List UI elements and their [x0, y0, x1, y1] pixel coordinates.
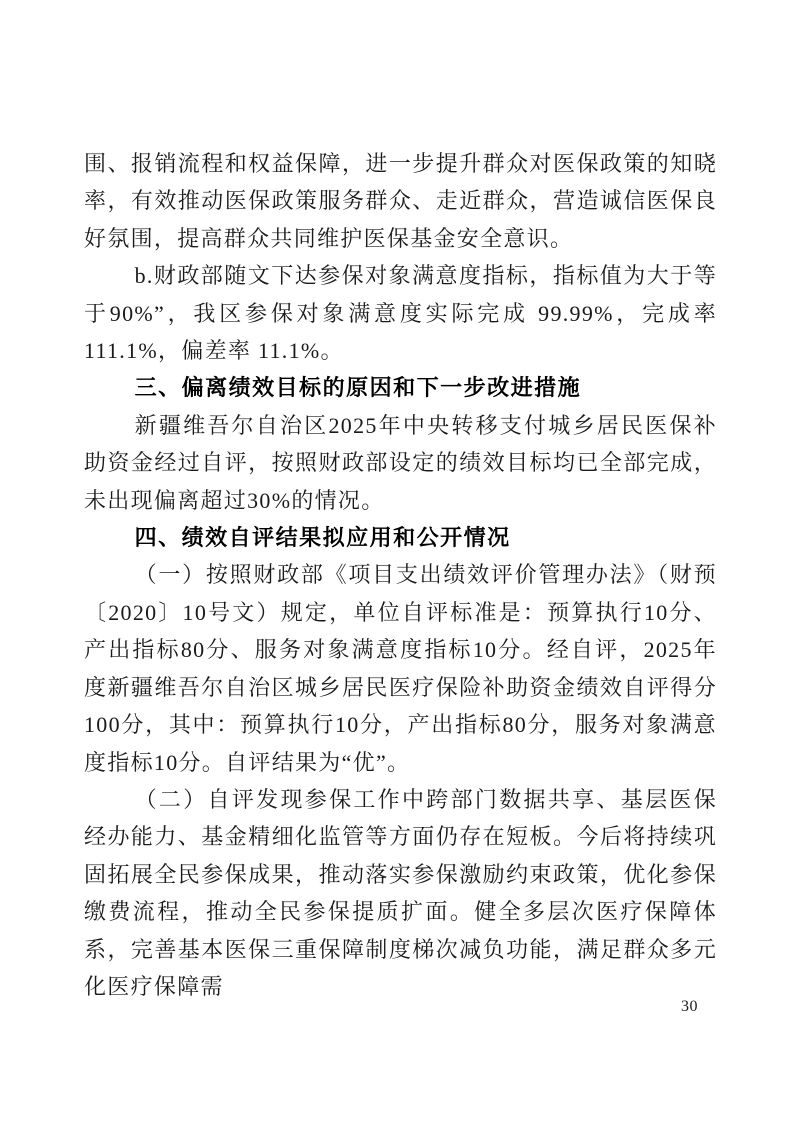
- section-heading-4: 四、绩效自评结果拟应用和公开情况: [84, 519, 717, 556]
- paragraph-continuation: 围、报销流程和权益保障，进一步提升群众对医保政策的知晓率，有效推动医保政策服务群…: [84, 145, 717, 257]
- document-page: 围、报销流程和权益保障，进一步提升群众对医保政策的知晓率，有效推动医保政策服务群…: [0, 0, 793, 1122]
- page-number: 30: [681, 998, 698, 1016]
- paragraph-self-evaluation-score: （一）按照财政部《项目支出绩效评价管理办法》（财预〔2020〕10号文）规定，单…: [84, 556, 717, 780]
- document-body: 围、报销流程和权益保障，进一步提升群众对医保政策的知晓率，有效推动医保政策服务群…: [84, 145, 717, 1005]
- paragraph-satisfaction-indicator: b.财政部随文下达参保对象满意度指标，指标值为大于等于90%”，我区参保对象满意…: [84, 257, 717, 369]
- paragraph-deviation-statement: 新疆维吾尔自治区2025年中央转移支付城乡居民医保补助资金经过自评，按照财政部设…: [84, 407, 717, 519]
- section-heading-3: 三、偏离绩效目标的原因和下一步改进措施: [84, 369, 717, 406]
- paragraph-shortcomings-and-measures: （二）自评发现参保工作中跨部门数据共享、基层医保经办能力、基金精细化监管等方面仍…: [84, 781, 717, 1005]
